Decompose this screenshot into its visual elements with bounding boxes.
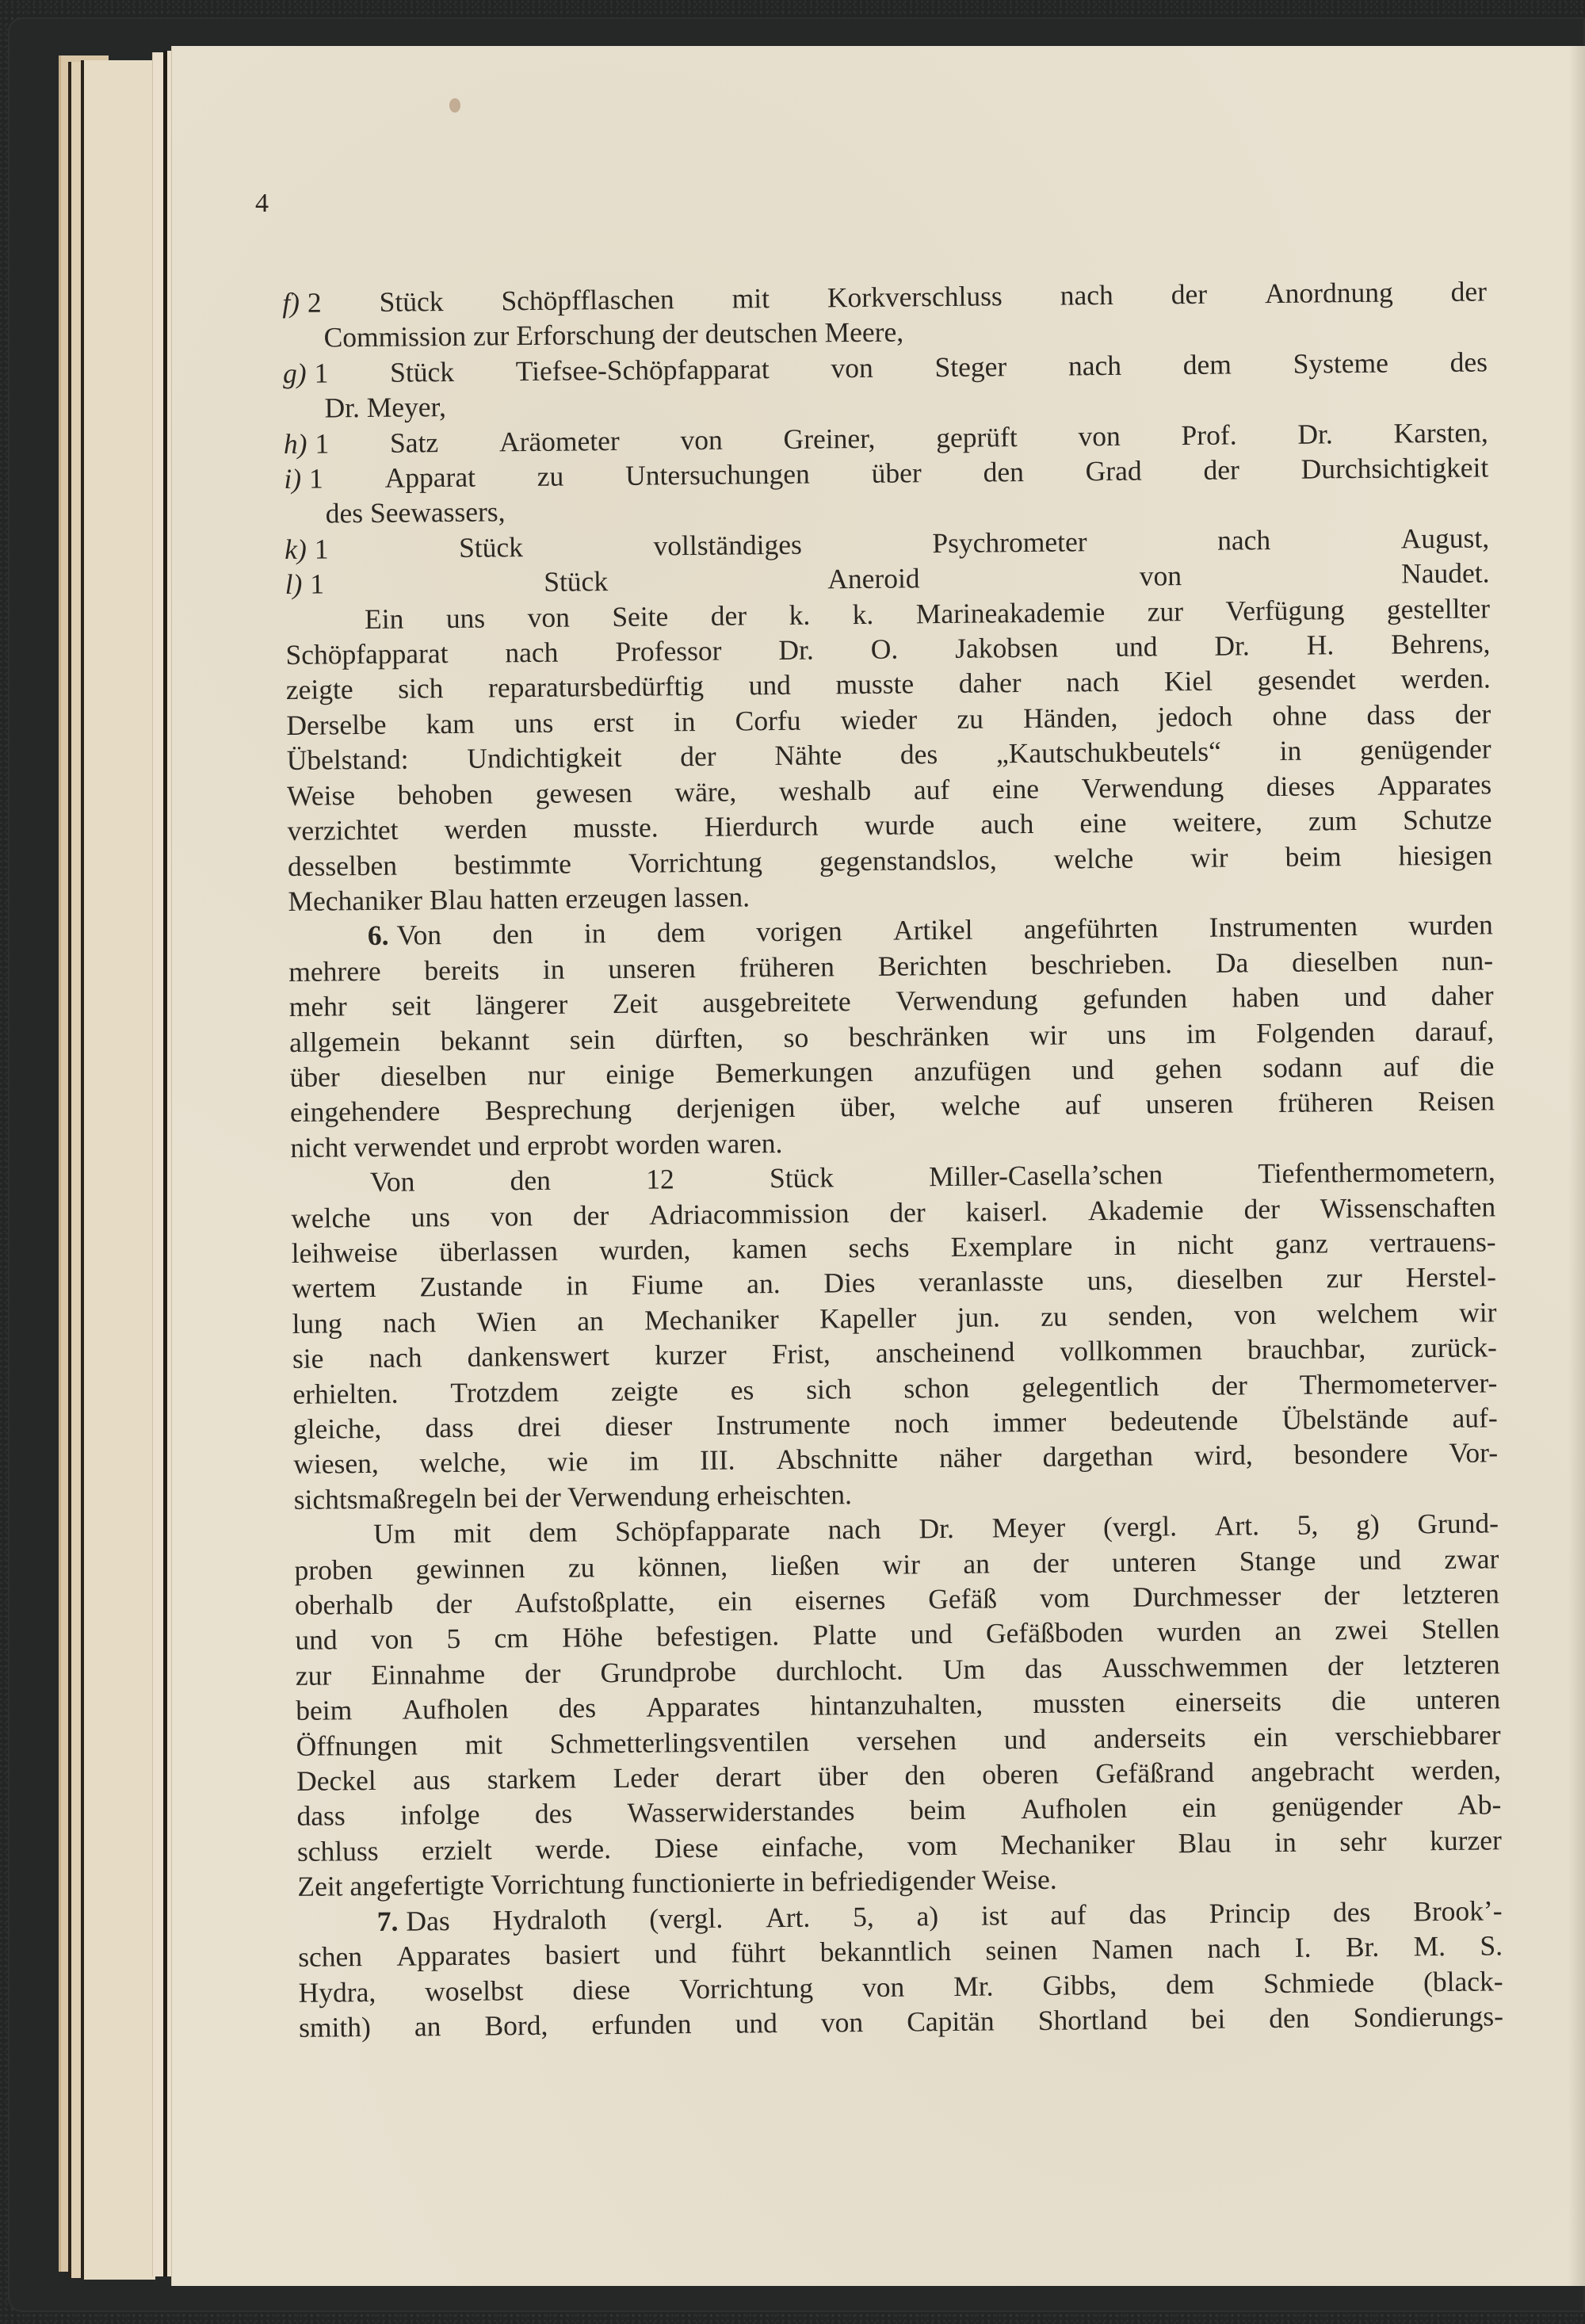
word: I. [1295,1930,1312,1966]
word: weshalb [779,773,872,809]
word: an [577,1303,604,1339]
word: nach [1207,1930,1260,1966]
word: Verwendung [896,982,1038,1019]
word: immer [992,1405,1066,1440]
word: den [1269,2001,1310,2036]
word: Aufholen [402,1691,509,1728]
word: gegenstandslos, [819,842,997,879]
word: Vorrichtung [628,844,762,881]
word: (black- [1423,1963,1503,1999]
word: auf [1050,1897,1087,1932]
word: erzielt [422,1832,492,1867]
word: von [862,1969,905,2005]
word: Blau [1178,1825,1231,1860]
word: Schutze [1403,801,1492,837]
word: der [680,739,716,774]
word: Stück [459,529,523,565]
word: werden. [1400,661,1491,697]
list-marker: l) [285,567,302,602]
word: sechs [848,1229,909,1265]
word: welche [1054,840,1134,876]
word: smith) [299,2009,371,2045]
word: ist [981,1898,1008,1933]
list-marker: f) [282,285,300,321]
word: dem [1166,1966,1215,2001]
word: der [1455,696,1491,732]
word: vom [907,1828,958,1863]
word: ohne [1272,698,1327,733]
word: im [629,1443,659,1479]
word: wieder [840,701,917,737]
word: Reisen [1418,1084,1495,1119]
word: 1 [310,567,324,602]
word: Brook’- [1413,1893,1503,1928]
word: woselbst [425,1973,524,2009]
word: Miller-Casella’schen [929,1157,1163,1194]
word: beim [296,1692,352,1728]
word: verzichtet [287,812,398,849]
word: Platte [812,1617,877,1653]
word: von [1234,1297,1277,1332]
article-number: 6. [368,918,389,954]
word: Gefäßboden [986,1615,1124,1651]
word: jedoch [1157,698,1232,734]
word: Korkverschluss [827,278,1003,315]
word: eingehendere [290,1093,441,1130]
word: Weise [287,778,355,813]
word: wiesen, [293,1446,379,1481]
word: über, [840,1089,896,1125]
word: ließen [770,1547,839,1583]
word: an [963,1546,990,1581]
word: Mechaniker [1000,1826,1135,1863]
word: des [558,1691,596,1726]
word: Durchmesser [1132,1578,1281,1615]
word: Stange [1239,1542,1316,1578]
word: der [1211,1367,1247,1403]
word: durchlocht. [776,1652,903,1688]
word: Systeme [1293,345,1388,381]
word: lung [292,1305,342,1341]
word: des [535,1796,573,1832]
word: Folgenden [1256,1014,1375,1050]
word: ganz [1274,1225,1327,1261]
word: seit [391,988,431,1023]
word: sich [806,1371,852,1407]
word: Hydraloth [492,1902,606,1938]
word: Apparates [646,1689,760,1726]
word: August, [1400,520,1489,556]
page-shadow [1568,46,1585,2286]
word: Ab- [1457,1787,1502,1823]
word: genügender [1360,732,1491,768]
word: beim [1285,839,1341,874]
word: Apparates [396,1937,510,1974]
line-text: nicht verwendet und erprobt worden waren… [290,1126,782,1165]
word: Verwendung [1081,769,1224,805]
word: dankenswert [467,1338,609,1374]
word: brauchbar, [1247,1331,1366,1367]
word: Bord, [484,2008,548,2043]
word: es [731,1372,754,1408]
word: Aufholen [1021,1791,1128,1827]
word: und [910,1616,953,1652]
word: 5, [1297,1508,1319,1543]
word: 12 [646,1161,674,1197]
word: und [654,1936,697,1971]
word: Dies [823,1265,876,1301]
word: Thermometerver- [1300,1365,1498,1402]
word: einfache, [762,1829,865,1865]
word: zwei [1335,1612,1388,1648]
word: Durchsichtigkeit [1300,449,1488,487]
word: zu [1041,1298,1067,1334]
word: derjenigen [676,1090,795,1126]
word: das [1129,1896,1167,1932]
word: Derselbe [286,707,387,743]
word: Prof. [1181,417,1236,453]
list-marker: h) [284,426,307,461]
word: Kapeller [819,1300,917,1336]
word: Psychrometer [932,524,1087,560]
page-edge [81,60,155,2280]
body-text: f)2StückSchöpfflaschenmitKorkverschlussn… [282,273,1503,2045]
word: Gibbs, [1042,1967,1117,2002]
word: infolge [400,1797,480,1833]
word: nach [1066,664,1119,700]
word: wurde [864,807,934,843]
word: Professor [615,633,722,670]
word: cm [494,1621,529,1657]
word: nach [1060,277,1113,313]
word: dieselben [380,1058,487,1095]
word: jun. [957,1299,1000,1335]
word: dass [296,1798,346,1834]
word: besondere [1293,1436,1407,1473]
word: Instrumente [716,1406,850,1443]
word: starkem [487,1761,577,1797]
word: Corfu [735,703,800,739]
word: reparatursbedürftig [488,668,704,705]
word: Gefäß [928,1581,997,1616]
word: weitere, [1172,804,1262,839]
word: uns [411,1199,450,1235]
word: geprüft [936,419,1018,455]
word: Karsten, [1393,415,1488,451]
word: kurzer [655,1337,727,1373]
word: k. [789,597,810,633]
word: schon [903,1370,969,1405]
word: Br. [1346,1929,1380,1965]
word: gesendet [1257,662,1356,698]
word: daher [1430,977,1493,1013]
word: angeführten [1024,911,1159,947]
word: der [525,1656,561,1691]
word: auch [980,806,1033,842]
word: Ein [365,601,404,636]
word: sich [398,671,444,707]
word: welchem [1316,1295,1419,1332]
line-text: Commission zur Erforschung der deutschen… [323,315,903,355]
word: Tiefsee-Schöpfapparat [516,351,770,388]
word: zur [1148,594,1184,629]
word: uns [514,705,554,741]
word: sie [292,1341,324,1377]
word: in [543,951,565,987]
word: das [1025,1650,1063,1686]
word: Ausschwemmen [1102,1649,1288,1686]
word: beschränken [849,1018,990,1054]
word: Stück [544,564,608,599]
word: Fiume [631,1267,703,1302]
word: Übelstand: [287,742,409,778]
word: von [491,1198,533,1234]
word: des [1449,344,1488,380]
word: an [414,2009,441,2044]
word: wir [1190,839,1228,875]
word: Gefäßrand [1095,1755,1214,1791]
word: Tiefenthermometern, [1258,1154,1495,1191]
word: der [1450,273,1487,309]
word: dem [529,1515,578,1550]
line-text: sichtsmaßregeln bei der Verwendung erhei… [293,1477,852,1517]
word: 5, [853,1899,874,1935]
word: der [711,598,747,633]
word: erhielten. [292,1375,398,1412]
word: von [1078,418,1121,453]
word: Dr. [778,633,814,668]
word: vom [1040,1580,1090,1615]
word: uns [1107,1016,1147,1052]
word: Art. [1215,1508,1260,1543]
word: kurzer [1430,1822,1502,1858]
word: auf- [1452,1400,1498,1435]
word: g) [1356,1507,1380,1542]
word: hintanzuhalten, [810,1687,983,1723]
word: Höhe [562,1619,623,1655]
word: in [1113,1228,1136,1263]
word: 5 [446,1621,460,1657]
word: können, [638,1548,728,1584]
word: zur [1326,1260,1362,1296]
word: gewinnen [415,1550,525,1587]
word: von [527,599,570,635]
word: bereits [424,952,499,988]
word: Das [406,1903,450,1939]
word: die [1331,1683,1366,1718]
word: Steger [934,349,1006,384]
word: Berichten [878,947,987,984]
word: Um [943,1651,986,1687]
word: Kiel [1164,663,1213,699]
word: erfunden [591,2006,692,2043]
word: Stück [770,1160,834,1196]
word: nach [505,635,558,671]
word: unseren [1145,1086,1233,1122]
word: werden [444,811,527,847]
word: Von [396,917,441,953]
word: in [566,1268,588,1304]
word: in [584,915,606,951]
word: nach [1068,348,1121,384]
word: von [1140,558,1182,594]
word: dem [657,915,706,950]
word: der [1203,452,1239,487]
word: einige [605,1056,674,1091]
word: III. [700,1443,735,1478]
word: 1 [314,355,328,391]
word: nun- [1442,942,1494,978]
word: Von [370,1164,415,1200]
word: haben [1232,980,1299,1015]
word: 2 [307,285,322,321]
word: Satz [390,425,439,461]
word: vorigen [756,914,842,950]
word: bedeutende [1109,1402,1238,1439]
word: mehrere [288,954,381,990]
word: zu [957,701,983,736]
word: Hydra, [298,1974,376,2009]
word: O. [871,632,899,667]
word: den [492,916,533,952]
word: dieselben [1292,943,1398,980]
word: Stück [379,284,443,319]
word: Aneroid [827,561,920,598]
word: zurück- [1411,1330,1497,1366]
word: eisernes [795,1582,886,1619]
word: welche, [419,1445,506,1481]
word: der [889,1194,926,1230]
word: Da [1216,945,1249,980]
word: bei [1191,2001,1226,2037]
word: sein [570,1022,616,1057]
word: ein [717,1583,752,1619]
word: und [1344,979,1387,1015]
word: Um [373,1516,416,1552]
word: wurden [1157,1614,1242,1649]
word: dürften, [655,1020,743,1056]
word: in [1279,733,1301,769]
word: desselben [288,847,397,884]
word: Grundprobe [600,1653,736,1690]
word: Namen [1091,1931,1173,1967]
word: wird, [1194,1438,1253,1474]
word: von [821,2005,864,2040]
word: der [1171,277,1207,312]
word: über [871,455,922,491]
word: die [1460,1048,1495,1084]
word: welche [941,1087,1021,1123]
word: k. [852,597,873,633]
word: versehen [857,1722,957,1759]
word: Herstel- [1405,1259,1496,1296]
word: diese [572,1971,630,2007]
word: Seite [612,598,668,634]
word: ein [1253,1719,1288,1755]
word: der [1243,1191,1280,1227]
word: gewesen [535,774,632,811]
word: Wien [476,1304,537,1340]
list-marker: k) [285,532,307,568]
word: Händen, [1023,700,1118,736]
word: mit [453,1516,491,1551]
word: ausgebreitete [702,984,851,1020]
word: mit [731,281,770,316]
word: überlassen [439,1233,558,1270]
word: früheren [1278,1084,1373,1121]
word: Hierdurch [704,808,818,845]
word: anderseits [1094,1720,1206,1756]
word: kaiserl. [965,1193,1048,1229]
list-marker: g) [283,356,307,392]
line-text: Mechaniker Blau hatten erzeugen lassen. [288,879,750,919]
word: und [1115,629,1158,664]
word: 1 [315,531,329,567]
page-number: 4 [255,189,269,219]
word: Grund- [1417,1506,1499,1542]
line-text: Dr. Meyer, [324,389,446,426]
word: musste [835,667,914,702]
word: Vor- [1449,1435,1498,1471]
word: mussten [1033,1685,1125,1722]
word: Anordnung [1265,275,1393,312]
word: gleiche, [293,1411,382,1447]
word: Verfügung [1225,592,1344,629]
word: Mechaniker [644,1302,779,1338]
word: Behrens, [1391,625,1491,662]
word: gefunden [1083,980,1188,1017]
word: unseren [608,950,696,986]
word: Schöpfapparate [615,1512,790,1550]
word: Princip [1209,1895,1290,1931]
word: Aräometer [499,423,620,460]
word: nur [527,1057,565,1093]
word: wir [1029,1017,1067,1053]
word: den [510,1163,551,1198]
word: daher [959,666,1022,701]
word: Frist, [772,1336,831,1372]
word: Einnahme [371,1656,485,1692]
word: Grad [1085,453,1141,489]
word: Dr. [1297,416,1333,452]
word: wir [1459,1294,1497,1330]
word: wie [548,1444,589,1480]
word: (vergl. [1103,1508,1177,1544]
word: bestimmte [454,846,571,882]
word: dargethan [1042,1439,1153,1475]
word: Schmiede [1263,1964,1374,2001]
word: gehen [1155,1051,1222,1087]
word: früheren [739,949,835,985]
word: nicht [1177,1227,1233,1263]
word: a) [916,1898,938,1934]
word: letzteren [1403,1646,1500,1683]
word: von [831,350,873,386]
word: dieser [605,1408,672,1443]
word: noch [894,1405,949,1441]
word: der [573,1198,609,1233]
word: beschrieben. [1030,946,1172,982]
word: Leder [613,1760,678,1795]
word: letzteren [1402,1576,1499,1612]
word: von [680,422,723,457]
word: sodann [1262,1049,1342,1085]
word: Wasserwiderstandes [627,1794,854,1831]
word: Aufstoßplatte, [514,1584,675,1620]
word: über [818,1758,869,1794]
word: oberen [982,1756,1059,1792]
word: veranlasste [919,1263,1044,1300]
